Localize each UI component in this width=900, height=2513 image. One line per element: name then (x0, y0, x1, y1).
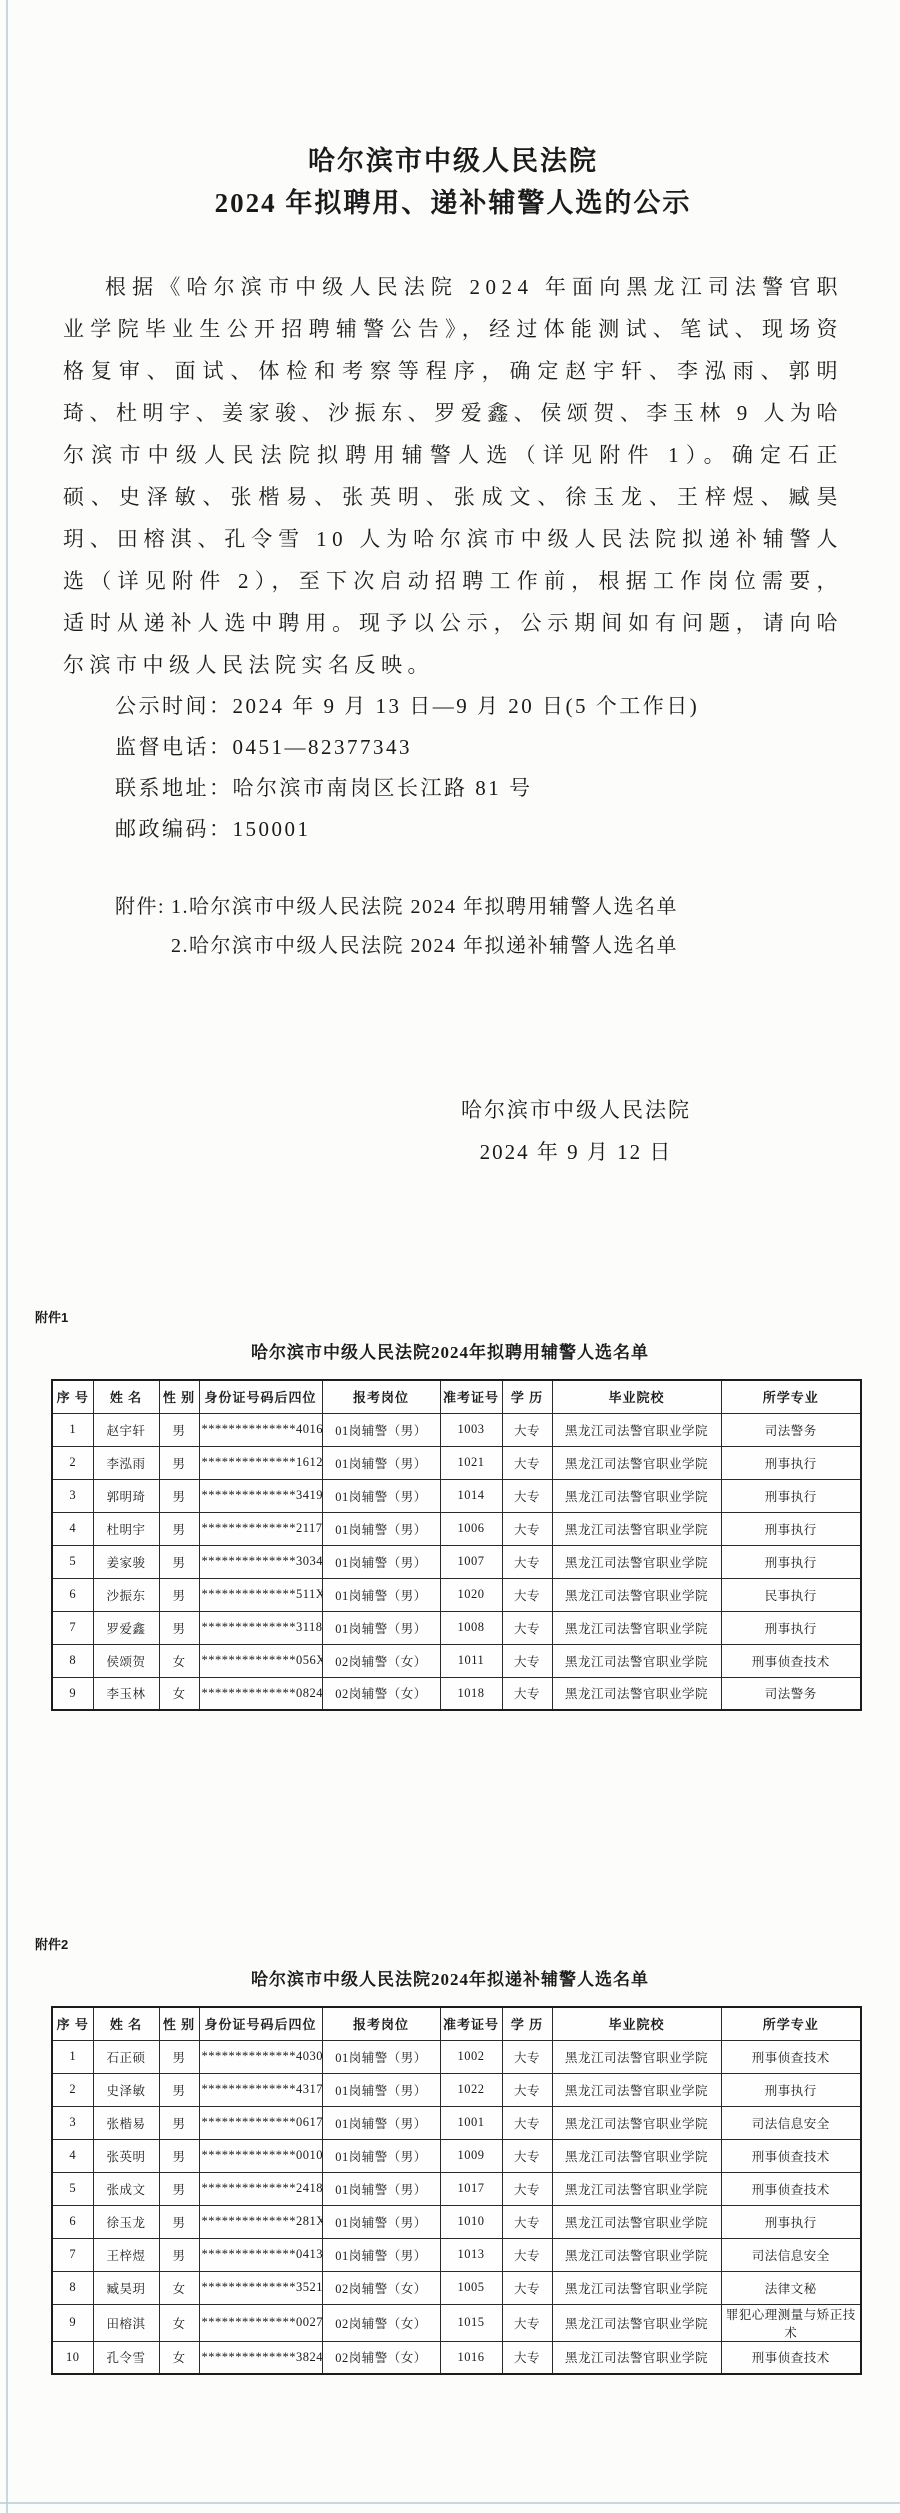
column-header: 性 别 (159, 2007, 199, 2040)
table-cell: 9 (52, 1677, 93, 1710)
table-cell: 杜明宇 (93, 1512, 159, 1545)
table-cell: 石正硕 (93, 2040, 159, 2073)
table-cell: 01岗辅警（男） (322, 2172, 440, 2205)
table-cell: 姜家骏 (93, 1545, 159, 1578)
table-cell: 1002 (440, 2040, 502, 2073)
table-cell: 3 (52, 1479, 93, 1512)
scanned-notice-page: 哈尔滨市中级人民法院 2024 年拟聘用、递补辅警人选的公示 根据《哈尔滨市中级… (0, 0, 900, 2513)
table-cell: 黑龙江司法警官职业学院 (552, 2139, 721, 2172)
table-cell: **************0413 (199, 2238, 322, 2271)
table-cell: 李玉林 (93, 1677, 159, 1710)
table-cell: 4 (52, 1512, 93, 1545)
table-cell: 罗爱鑫 (93, 1611, 159, 1644)
table-cell: 01岗辅警（男） (322, 1578, 440, 1611)
table-cell: 大专 (502, 1677, 552, 1710)
table-cell: 张成文 (93, 2172, 159, 2205)
annex-1-roster-table: 序 号姓 名性 别身份证号码后四位报考岗位准考证号学 历毕业院校所学专业1赵宇轩… (51, 1379, 862, 1711)
attachments-list: 附件: 1.哈尔滨市中级人民法院 2024 年拟聘用辅警人选名单 2.哈尔滨市中… (63, 888, 843, 966)
annex-2-section: 附件2 哈尔滨市中级人民法院2024年拟递补辅警人选名单 序 号姓 名性 别身份… (0, 1937, 900, 2375)
table-cell: 刑事执行 (721, 2205, 861, 2238)
table-cell: 刑事执行 (721, 1545, 861, 1578)
table-cell: 1003 (440, 1413, 502, 1446)
table-cell: 2 (52, 2073, 93, 2106)
table-cell: 01岗辅警（男） (322, 2205, 440, 2238)
table-cell: 3 (52, 2106, 93, 2139)
table-cell: 1016 (440, 2341, 502, 2374)
column-header: 报考岗位 (322, 2007, 440, 2040)
table-cell: 大专 (502, 1446, 552, 1479)
table-row: 1赵宇轩男**************401601岗辅警（男）1003大专黑龙江… (52, 1413, 861, 1446)
table-cell: **************0824 (199, 1677, 322, 1710)
table-cell: 4 (52, 2139, 93, 2172)
table-cell: 1020 (440, 1578, 502, 1611)
table-cell: 02岗辅警（女） (322, 1644, 440, 1677)
table-cell: 黑龙江司法警官职业学院 (552, 1677, 721, 1710)
notice-info-block: 公示时间：2024 年 9 月 13 日—9 月 20 日(5 个工作日) 监督… (63, 686, 843, 850)
table-cell: 沙振东 (93, 1578, 159, 1611)
table-cell: 1018 (440, 1677, 502, 1710)
table-row: 4张英明男**************001001岗辅警（男）1009大专黑龙江… (52, 2139, 861, 2172)
table-cell: 李泓雨 (93, 1446, 159, 1479)
table-cell: **************4016 (199, 1413, 322, 1446)
notice-document: 哈尔滨市中级人民法院 2024 年拟聘用、递补辅警人选的公示 根据《哈尔滨市中级… (0, 0, 900, 1173)
page-title-line1: 哈尔滨市中级人民法院 (63, 140, 843, 182)
table-cell: 刑事执行 (721, 2073, 861, 2106)
table-cell: 大专 (502, 1413, 552, 1446)
table-cell: 刑事执行 (721, 1446, 861, 1479)
table-cell: 司法信息安全 (721, 2238, 861, 2271)
attachment-1-title: 1.哈尔滨市中级人民法院 2024 年拟聘用辅警人选名单 (171, 888, 678, 927)
table-cell: 1021 (440, 1446, 502, 1479)
table-cell: 张英明 (93, 2139, 159, 2172)
table-cell: **************2418 (199, 2172, 322, 2205)
attachments-label-spacer (115, 927, 171, 966)
table-cell: 7 (52, 1611, 93, 1644)
table-cell: 男 (159, 2172, 199, 2205)
table-cell: 黑龙江司法警官职业学院 (552, 1578, 721, 1611)
table-cell: 黑龙江司法警官职业学院 (552, 2271, 721, 2304)
table-cell: 1015 (440, 2304, 502, 2341)
table-cell: 女 (159, 1644, 199, 1677)
table-row: 3张楷易男**************061701岗辅警（男）1001大专黑龙江… (52, 2106, 861, 2139)
table-cell: 01岗辅警（男） (322, 1611, 440, 1644)
table-cell: 大专 (502, 1578, 552, 1611)
table-row: 9李玉林女**************082402岗辅警（女）1018大专黑龙江… (52, 1677, 861, 1710)
annex-1-section: 附件1 哈尔滨市中级人民法院2024年拟聘用辅警人选名单 序 号姓 名性 别身份… (0, 1310, 900, 1711)
table-cell: 1017 (440, 2172, 502, 2205)
table-cell: **************3521 (199, 2271, 322, 2304)
table-cell: 司法警务 (721, 1413, 861, 1446)
table-cell: 8 (52, 1644, 93, 1677)
table-cell: 男 (159, 1413, 199, 1446)
table-cell: 孔令雪 (93, 2341, 159, 2374)
table-row: 6沙振东男**************511X01岗辅警（男）1020大专黑龙江… (52, 1578, 861, 1611)
table-cell: 1010 (440, 2205, 502, 2238)
table-cell: 大专 (502, 2106, 552, 2139)
table-cell: **************0010 (199, 2139, 322, 2172)
column-header: 姓 名 (93, 2007, 159, 2040)
table-cell: 大专 (502, 2271, 552, 2304)
table-cell: 大专 (502, 2304, 552, 2341)
table-cell: 02岗辅警（女） (322, 2304, 440, 2341)
column-header: 报考岗位 (322, 1380, 440, 1413)
table-cell: 8 (52, 2271, 93, 2304)
table-cell: 黑龙江司法警官职业学院 (552, 2341, 721, 2374)
annex-1-table-title: 哈尔滨市中级人民法院2024年拟聘用辅警人选名单 (0, 1341, 900, 1365)
table-row: 6徐玉龙男**************281X01岗辅警（男）1010大专黑龙江… (52, 2205, 861, 2238)
table-row: 2李泓雨男**************161201岗辅警（男）1021大专黑龙江… (52, 1446, 861, 1479)
attachment-line-1: 附件: 1.哈尔滨市中级人民法院 2024 年拟聘用辅警人选名单 (115, 888, 843, 927)
column-header: 毕业院校 (552, 1380, 721, 1413)
table-cell: 黑龙江司法警官职业学院 (552, 2205, 721, 2238)
table-cell: 史泽敏 (93, 2073, 159, 2106)
table-cell: 男 (159, 2238, 199, 2271)
table-cell: 黑龙江司法警官职业学院 (552, 1611, 721, 1644)
column-header: 序 号 (52, 2007, 93, 2040)
publicity-period-line: 公示时间：2024 年 9 月 13 日—9 月 20 日(5 个工作日) (63, 686, 843, 727)
column-header: 姓 名 (93, 1380, 159, 1413)
table-cell: 01岗辅警（男） (322, 1413, 440, 1446)
table-cell: 男 (159, 1512, 199, 1545)
table-row: 7王梓煜男**************041301岗辅警（男）1013大专黑龙江… (52, 2238, 861, 2271)
table-cell: 大专 (502, 1545, 552, 1578)
table-cell: 司法信息安全 (721, 2106, 861, 2139)
table-cell: 男 (159, 2106, 199, 2139)
table-cell: 黑龙江司法警官职业学院 (552, 2304, 721, 2341)
table-cell: 6 (52, 1578, 93, 1611)
table-cell: **************3118 (199, 1611, 322, 1644)
table-cell: 刑事侦查技术 (721, 2341, 861, 2374)
table-row: 2史泽敏男**************431701岗辅警（男）1022大专黑龙江… (52, 2073, 861, 2106)
table-cell: 01岗辅警（男） (322, 2106, 440, 2139)
table-cell: 侯颂贺 (93, 1644, 159, 1677)
table-cell: 刑事执行 (721, 1611, 861, 1644)
table-cell: 02岗辅警（女） (322, 2271, 440, 2304)
table-cell: 1014 (440, 1479, 502, 1512)
table-row: 4杜明宇男**************211701岗辅警（男）1006大专黑龙江… (52, 1512, 861, 1545)
annex-2-roster-table: 序 号姓 名性 别身份证号码后四位报考岗位准考证号学 历毕业院校所学专业1石正硕… (51, 2006, 862, 2375)
table-cell: 黑龙江司法警官职业学院 (552, 1512, 721, 1545)
table-cell: 01岗辅警（男） (322, 2073, 440, 2106)
table-row: 8侯颂贺女**************056X02岗辅警（女）1011大专黑龙江… (52, 1644, 861, 1677)
table-cell: 1001 (440, 2106, 502, 2139)
column-header: 身份证号码后四位 (199, 2007, 322, 2040)
table-cell: 法律文秘 (721, 2271, 861, 2304)
column-header: 学 历 (502, 1380, 552, 1413)
table-cell: 1007 (440, 1545, 502, 1578)
page-title-line2: 2024 年拟聘用、递补辅警人选的公示 (63, 182, 843, 224)
table-cell: 黑龙江司法警官职业学院 (552, 2106, 721, 2139)
column-header: 性 别 (159, 1380, 199, 1413)
table-cell: 1 (52, 1413, 93, 1446)
table-cell: 徐玉龙 (93, 2205, 159, 2238)
table-cell: 大专 (502, 2205, 552, 2238)
table-cell: 01岗辅警（男） (322, 2238, 440, 2271)
signature-organization: 哈尔滨市中级人民法院 (461, 1089, 691, 1131)
table-cell: 黑龙江司法警官职业学院 (552, 1413, 721, 1446)
table-cell: **************3419 (199, 1479, 322, 1512)
table-cell: 黑龙江司法警官职业学院 (552, 1446, 721, 1479)
table-row: 5姜家骏男**************303401岗辅警（男）1007大专黑龙江… (52, 1545, 861, 1578)
table-header-row: 序 号姓 名性 别身份证号码后四位报考岗位准考证号学 历毕业院校所学专业 (52, 1380, 861, 1413)
table-cell: **************1612 (199, 1446, 322, 1479)
table-cell: 01岗辅警（男） (322, 1446, 440, 1479)
table-cell: 1022 (440, 2073, 502, 2106)
table-cell: 罪犯心理测量与矫正技术 (721, 2304, 861, 2341)
table-cell: 大专 (502, 1479, 552, 1512)
table-cell: 1013 (440, 2238, 502, 2271)
table-cell: 01岗辅警（男） (322, 1545, 440, 1578)
table-cell: 男 (159, 1479, 199, 1512)
table-row: 8臧昊玥女**************352102岗辅警（女）1005大专黑龙江… (52, 2271, 861, 2304)
table-cell: 刑事侦查技术 (721, 2040, 861, 2073)
table-cell: 10 (52, 2341, 93, 2374)
table-row: 7罗爱鑫男**************311801岗辅警（男）1008大专黑龙江… (52, 1611, 861, 1644)
table-cell: 5 (52, 1545, 93, 1578)
table-cell: 1008 (440, 1611, 502, 1644)
table-cell: 1006 (440, 1512, 502, 1545)
table-cell: 黑龙江司法警官职业学院 (552, 2238, 721, 2271)
column-header: 序 号 (52, 1380, 93, 1413)
signature-block: 哈尔滨市中级人民法院 2024 年 9 月 12 日 (461, 1089, 691, 1173)
table-row: 3郭明琦男**************341901岗辅警（男）1014大专黑龙江… (52, 1479, 861, 1512)
table-cell: 1 (52, 2040, 93, 2073)
table-cell: 刑事侦查技术 (721, 2139, 861, 2172)
table-cell: **************3824 (199, 2341, 322, 2374)
annex-1-label: 附件1 (35, 1310, 900, 1326)
table-cell: **************4030 (199, 2040, 322, 2073)
table-cell: 大专 (502, 2073, 552, 2106)
table-cell: **************281X (199, 2205, 322, 2238)
table-cell: 臧昊玥 (93, 2271, 159, 2304)
table-cell: 刑事侦查技术 (721, 1644, 861, 1677)
table-cell: 张楷易 (93, 2106, 159, 2139)
table-cell: 刑事侦查技术 (721, 2172, 861, 2205)
table-row: 9田榕淇女**************002702岗辅警（女）1015大专黑龙江… (52, 2304, 861, 2341)
table-cell: 女 (159, 2304, 199, 2341)
table-cell: 郭明琦 (93, 1479, 159, 1512)
table-cell: 刑事执行 (721, 1512, 861, 1545)
table-cell: 6 (52, 2205, 93, 2238)
table-cell: 男 (159, 1578, 199, 1611)
table-cell: 男 (159, 1545, 199, 1578)
table-cell: 田榕淇 (93, 2304, 159, 2341)
table-cell: 王梓煜 (93, 2238, 159, 2271)
table-cell: 黑龙江司法警官职业学院 (552, 1545, 721, 1578)
table-cell: 男 (159, 1611, 199, 1644)
table-cell: 7 (52, 2238, 93, 2271)
table-cell: **************0617 (199, 2106, 322, 2139)
table-cell: 大专 (502, 2040, 552, 2073)
table-cell: 女 (159, 1677, 199, 1710)
table-cell: 黑龙江司法警官职业学院 (552, 2172, 721, 2205)
table-cell: 01岗辅警（男） (322, 1479, 440, 1512)
column-header: 学 历 (502, 2007, 552, 2040)
table-cell: 男 (159, 2073, 199, 2106)
table-cell: 5 (52, 2172, 93, 2205)
table-cell: **************4317 (199, 2073, 322, 2106)
table-cell: 黑龙江司法警官职业学院 (552, 2073, 721, 2106)
annex-2-table-title: 哈尔滨市中级人民法院2024年拟递补辅警人选名单 (0, 1968, 900, 1992)
table-cell: 女 (159, 2271, 199, 2304)
table-cell: 02岗辅警（女） (322, 1677, 440, 1710)
table-cell: 赵宇轩 (93, 1413, 159, 1446)
table-cell: 大专 (502, 2341, 552, 2374)
table-cell: 大专 (502, 1644, 552, 1677)
table-cell: 01岗辅警（男） (322, 2040, 440, 2073)
attachment-line-2: 2.哈尔滨市中级人民法院 2024 年拟递补辅警人选名单 (115, 927, 843, 966)
table-row: 5张成文男**************241801岗辅警（男）1017大专黑龙江… (52, 2172, 861, 2205)
column-header: 准考证号 (440, 1380, 502, 1413)
table-cell: **************0027 (199, 2304, 322, 2341)
table-cell: 1011 (440, 1644, 502, 1677)
postal-code-line: 邮政编码：150001 (63, 809, 843, 850)
column-header: 毕业院校 (552, 2007, 721, 2040)
table-cell: 1009 (440, 2139, 502, 2172)
table-cell: 大专 (502, 2172, 552, 2205)
table-cell: 大专 (502, 2238, 552, 2271)
table-cell: 男 (159, 1446, 199, 1479)
table-cell: **************056X (199, 1644, 322, 1677)
notice-body-paragraph: 根据《哈尔滨市中级人民法院 2024 年面向黑龙江司法警官职业学院毕业生公开招聘… (63, 266, 843, 686)
scan-edge-bottom (0, 2502, 900, 2504)
column-header: 所学专业 (721, 1380, 861, 1413)
table-cell: 2 (52, 1446, 93, 1479)
table-cell: 1005 (440, 2271, 502, 2304)
table-cell: 男 (159, 2040, 199, 2073)
table-row: 1石正硕男**************403001岗辅警（男）1002大专黑龙江… (52, 2040, 861, 2073)
attachments-label: 附件: (115, 888, 171, 927)
table-cell: 02岗辅警（女） (322, 2341, 440, 2374)
table-cell: 司法警务 (721, 1677, 861, 1710)
column-header: 所学专业 (721, 2007, 861, 2040)
table-cell: 刑事执行 (721, 1479, 861, 1512)
attachment-2-title: 2.哈尔滨市中级人民法院 2024 年拟递补辅警人选名单 (171, 927, 678, 966)
column-header: 准考证号 (440, 2007, 502, 2040)
table-cell: 大专 (502, 1611, 552, 1644)
table-cell: 黑龙江司法警官职业学院 (552, 2040, 721, 2073)
table-cell: 9 (52, 2304, 93, 2341)
table-header-row: 序 号姓 名性 别身份证号码后四位报考岗位准考证号学 历毕业院校所学专业 (52, 2007, 861, 2040)
table-row: 10孔令雪女**************382402岗辅警（女）1016大专黑龙… (52, 2341, 861, 2374)
table-cell: 01岗辅警（男） (322, 2139, 440, 2172)
annex-2-label: 附件2 (35, 1937, 900, 1953)
table-cell: 民事执行 (721, 1578, 861, 1611)
column-header: 身份证号码后四位 (199, 1380, 322, 1413)
table-cell: 黑龙江司法警官职业学院 (552, 1644, 721, 1677)
table-cell: **************2117 (199, 1512, 322, 1545)
table-cell: 大专 (502, 1512, 552, 1545)
table-cell: 男 (159, 2139, 199, 2172)
supervision-phone-line: 监督电话：0451—82377343 (63, 727, 843, 768)
table-cell: 01岗辅警（男） (322, 1512, 440, 1545)
table-cell: **************511X (199, 1578, 322, 1611)
contact-address-line: 联系地址：哈尔滨市南岗区长江路 81 号 (63, 768, 843, 809)
table-cell: 大专 (502, 2139, 552, 2172)
signature-date: 2024 年 9 月 12 日 (461, 1131, 691, 1173)
table-cell: 女 (159, 2341, 199, 2374)
table-cell: 黑龙江司法警官职业学院 (552, 1479, 721, 1512)
table-cell: **************3034 (199, 1545, 322, 1578)
table-cell: 男 (159, 2205, 199, 2238)
